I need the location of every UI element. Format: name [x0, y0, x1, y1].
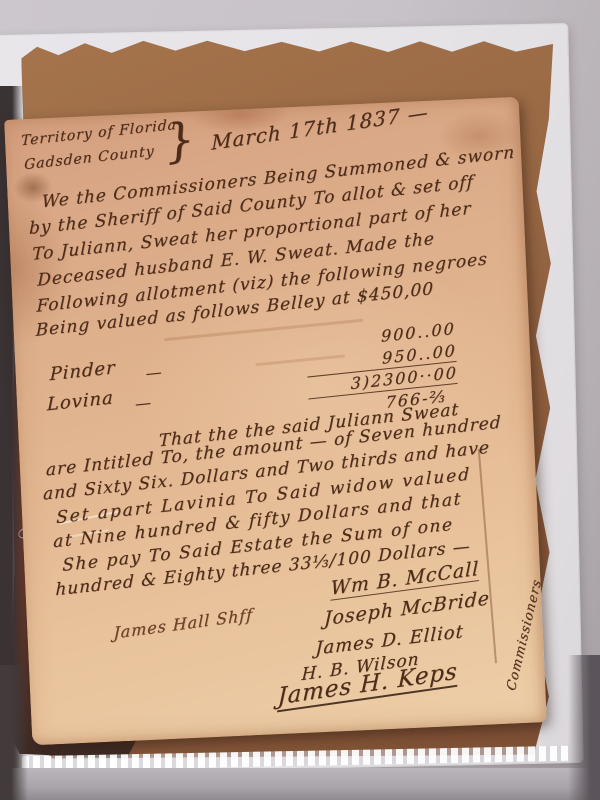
background-corner-shadow — [568, 655, 600, 800]
background-bottom-bar — [0, 768, 600, 800]
valuation-name: Lovina — [47, 387, 114, 415]
header-brace: } — [162, 112, 197, 169]
valuation-dash: — — [135, 393, 152, 414]
header-county-line: Gadsden County — [24, 143, 155, 173]
background-corner-shadow — [0, 665, 28, 800]
commissioners-vertical-label: Commissioners — [504, 577, 545, 693]
sheriff-signature: James Hall Shff — [113, 605, 253, 643]
photo-of-manuscript: Territory of Florida Gadsden County } Ma… — [0, 0, 600, 800]
valuation-dash: — — [146, 362, 163, 383]
page-crease — [478, 449, 497, 663]
manuscript-page: Territory of Florida Gadsden County } Ma… — [4, 97, 547, 746]
valuation-name: Pinder — [49, 357, 115, 385]
